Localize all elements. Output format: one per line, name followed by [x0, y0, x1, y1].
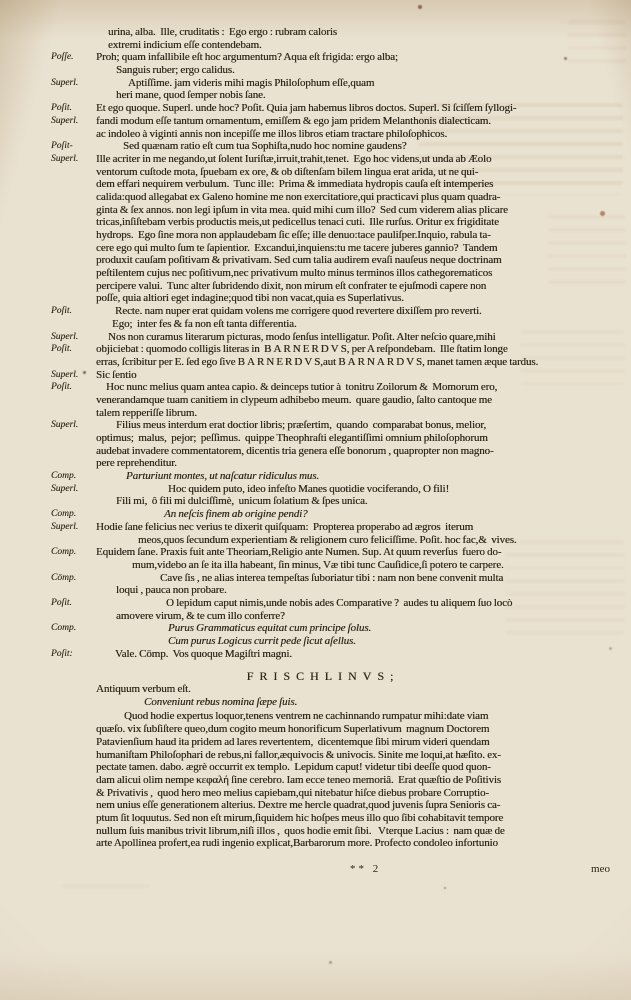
- stain-spot: [329, 961, 332, 964]
- margin-label: Poſit.: [51, 597, 95, 610]
- text-line: Proh; quam infallibile eſt hoc argumentu…: [96, 51, 602, 64]
- text-line: tricas,inſiſtebam verbis productis meis,…: [96, 216, 602, 229]
- paragraph-posit: Poſit.O lepidum caput nimis,unde nobis a…: [96, 597, 602, 622]
- text-line: audebat invadere commentatorem, dicentis…: [96, 445, 602, 458]
- margin-label: Superl.: [51, 521, 95, 534]
- text-line: Parturiunt montes, ut naſcatur ridiculus…: [126, 470, 602, 483]
- text-line: Recte. nam nuper erat quidam volens me c…: [115, 305, 602, 318]
- text-line: quæſo. vix ſubſiſtere queo,dum cogito me…: [96, 723, 602, 736]
- margin-label: Superl.: [51, 77, 95, 90]
- text-line: Cum purus Logicus currit pede ſicut aſel…: [168, 635, 602, 648]
- text-line: dam alicui olim nempe κεφαλή ſine cerebr…: [96, 774, 602, 787]
- margin-label: Superl.: [51, 369, 95, 382]
- paragraph-comp: Comp.Parturiunt montes, ut naſcatur ridi…: [96, 470, 602, 483]
- text-line: Conveniunt rebus nomina ſæpe ſuis.: [144, 696, 602, 709]
- text-line: An neſcis finem ab origine pendi?: [164, 508, 602, 521]
- opening-fragment: urina, alba. Ille, cruditatis : Ego ergo…: [96, 26, 602, 51]
- text-line: meos,quos ſecundum experientiam & religi…: [138, 534, 602, 547]
- paragraph-comp: Comp.Equidem ſane. Praxis fuit ante Theo…: [96, 546, 602, 571]
- margin-label: Poſit.: [51, 102, 95, 115]
- text-line: loqui , pauca non probare.: [116, 584, 602, 597]
- text-line: nullum ſuis manibus trivit librum,niſi i…: [96, 825, 602, 838]
- text-line: venerandamque tuam canitiem in clypeum a…: [96, 394, 602, 407]
- text-line: poſſe, quia altiori eget indagine;quod t…: [96, 292, 602, 305]
- text-line: produxit cauſam poſitivam & privativam. …: [96, 254, 602, 267]
- text-line: Hoc quidem puto, ideo infeſto Manes quot…: [168, 483, 602, 496]
- section-heading: FRISCHLINVS;: [96, 670, 602, 683]
- text-line: arte Apollinea profert,ea rudi ingenio e…: [96, 837, 602, 850]
- text-line: Equidem ſane. Praxis fuit ante Theoriam,…: [96, 546, 602, 559]
- text-line: dem effari nequirem verbulum. Tunc ille:…: [96, 178, 602, 191]
- stain-spot: [609, 647, 612, 650]
- paragraph-posit: Poſit.Hoc nunc melius quam antea capio. …: [96, 381, 602, 419]
- text-line: Patavienſium haud ita pridem ad lares re…: [96, 736, 602, 749]
- margin-label: Cōmp.: [51, 572, 95, 585]
- text-line: Cave ſis , ne alias interea tempeſtas ſu…: [160, 572, 602, 585]
- margin-label: Superl.: [51, 153, 95, 166]
- heading-line: FRISCHLINVS;: [70, 670, 576, 683]
- text-line: Vale. Cōmp. Vos quoque Magiſtri magni.: [115, 648, 602, 661]
- text-line: humaniſtam Philoſophari de rebus,ni fall…: [96, 749, 602, 762]
- signature-mark: ** 2: [350, 863, 381, 876]
- text-line: Purus Grammaticus equitat cum principe ſ…: [168, 622, 602, 635]
- text-line: Quod hodie expertus loquor,tenens ventre…: [124, 710, 602, 723]
- margin-label: Comp.: [51, 508, 95, 521]
- paragraph-superl-long: Superl.Ille acriter in me negando,ut ſol…: [96, 153, 602, 305]
- text-line: optimus; malus, pejor; peſſimus. quippe …: [96, 432, 602, 445]
- text-line: Hoc nunc melius quam antea capio. & dein…: [106, 381, 602, 394]
- margin-label: Poſit.: [51, 305, 95, 318]
- bleed-through: [60, 884, 150, 896]
- paragraph-comp: Comp.An neſcis finem ab origine pendi?: [96, 508, 602, 521]
- margin-label: Comp.: [51, 622, 95, 635]
- text-line: talem repperiſſe librum.: [96, 407, 602, 420]
- text-line: ac indoleo à viginti annis non incepiſſe…: [96, 128, 602, 141]
- paragraph-posit: Poſit-Sed quænam ratio eſt cum tua Sophi…: [96, 140, 602, 153]
- margin-label: Poſit-: [51, 140, 95, 153]
- text-line: calida:quod allegabat ex Galeno homine m…: [96, 191, 602, 204]
- paragraph-posse: Poſſe.Proh; quam infallibile eſt hoc arg…: [96, 51, 602, 76]
- text-line: Aptiſſime. jam videris mihi magis Philoſ…: [128, 77, 602, 90]
- text-line: fandi modum eſſe tantum ornamentum, emiſ…: [96, 115, 602, 128]
- text-line: urina, alba. Ille, cruditatis : Ego ergo…: [108, 26, 602, 39]
- margin-label: Poſſe.: [51, 51, 95, 64]
- paragraph-comp: Cōmp.Cave ſis , ne alias interea tempeſt…: [96, 572, 602, 597]
- stain-spot: [418, 5, 422, 9]
- closing-paragraph: Quod hodie expertus loquor,tenens ventre…: [96, 710, 602, 850]
- text-line: Antiquum verbum eſt.: [96, 683, 602, 696]
- paragraph-comp: Comp.Purus Grammaticus equitat cum princ…: [96, 622, 602, 647]
- text-line: ptum ſit loquutus. Sed non eſt mirum,ſiq…: [96, 812, 602, 825]
- text-line: Hodie ſane felicius nec verius te dixeri…: [96, 521, 602, 534]
- margin-label: Comp.: [51, 470, 95, 483]
- paragraph-superl: Superl.Aptiſſime. jam videris mihi magis…: [96, 77, 602, 102]
- margin-label: Superl.: [51, 419, 95, 432]
- text-line: extremi indicium eſſe contendebam.: [108, 39, 602, 52]
- paragraph-superl: Superl.Filius meus interdum erat doctior…: [96, 419, 602, 470]
- text-line: percipere valui. Tunc alter ſubridendo d…: [96, 280, 602, 293]
- text-line: pectate tamen. dabo. ægrè occurrit ex te…: [96, 761, 602, 774]
- text-line: Fili mi, ô fili mi dulciſſimè, unicum ſo…: [116, 495, 602, 508]
- paragraph-superl: Superl.Hoc quidem puto, ideo infeſto Man…: [96, 483, 602, 508]
- text-line: ginta & ſex annos. non legi ipſum in vit…: [96, 204, 602, 217]
- text-line: cere ego qui multo ſum te ſapientior. Ex…: [96, 242, 602, 255]
- text-line: amovere virum, & te cum illo conferre?: [116, 610, 602, 623]
- paragraph-posit-superl: Poſit.Superl.Et ego quoque. Superl. unde…: [96, 102, 602, 140]
- stain-spot: [444, 887, 446, 889]
- text-block: urina, alba. Ille, cruditatis : Ego ergo…: [96, 26, 602, 850]
- text-line: O lepidum caput nimis,unde nobis ades Co…: [166, 597, 602, 610]
- text-line: hydrops. Ego ſine mora non applaudebam ſ…: [96, 229, 602, 242]
- page-footer: ** 2 meo: [96, 863, 602, 877]
- text-line: Filius meus interdum erat doctior libris…: [116, 419, 602, 432]
- book-page-scan: urina, alba. Ille, cruditatis : Ego ergo…: [0, 0, 631, 1000]
- text-line: & Privativis , quod hero meo melius capi…: [96, 787, 602, 800]
- margin-label: Comp.: [51, 546, 95, 559]
- text-line: Sed quænam ratio eſt cum tua Sophiſta,nu…: [123, 140, 602, 153]
- text-line: Sanguis ruber; ergo calidus.: [116, 64, 602, 77]
- margin-label: Poſit.: [51, 343, 95, 356]
- margin-label: Poſit.: [51, 381, 95, 394]
- text-line: Sic ſentio: [96, 369, 602, 382]
- margin-label: Poſit:: [51, 648, 95, 661]
- text-line: mum,videbo an ſe ita illa habeant, ſin m…: [132, 559, 602, 572]
- paragraph-superl: Superl.Sic ſentio: [96, 369, 602, 382]
- paragraph-posit: Poſit.Recte. nam nuper erat quidam volen…: [96, 305, 602, 330]
- margin-label: Superl.: [51, 483, 95, 496]
- text-line: Et ego quoque. Superl. unde hoc? Poſit. …: [96, 102, 602, 115]
- paragraph-posit: Poſit:Vale. Cōmp. Vos quoque Magiſtri ma…: [96, 648, 602, 661]
- proverb: Antiquum verbum eſt.Conveniunt rebus nom…: [96, 683, 602, 708]
- paragraph-superl: Superl.Hodie ſane felicius nec verius te…: [96, 521, 602, 546]
- text-line: peſtilentem cujus nec poſitivum,nec priv…: [96, 267, 602, 280]
- text-line: heri mane, quod ſemper nobis ſane.: [116, 89, 602, 102]
- paragraph-superl-posit: Superl.Poſit.Nos non curamus literarum p…: [96, 331, 602, 369]
- text-line: objiciebat : quomodo colligis literas in…: [96, 343, 602, 356]
- margin-label: Superl.: [51, 331, 95, 344]
- catchword: meo: [591, 863, 610, 876]
- text-line: erras, ſcribitur per E. ſed ego ſive B A…: [96, 356, 602, 369]
- text-line: Ego; inter fes & fa non eſt tanta differ…: [112, 318, 602, 331]
- text-line: nem unius eſſe generationem alterius. De…: [96, 799, 602, 812]
- text-line: ventorum cuſtode mota, ſpuebam ex ore, &…: [96, 166, 602, 179]
- text-line: Ille acriter in me negando,ut ſolent Iur…: [96, 153, 602, 166]
- text-line: pere reprehenditur.: [96, 457, 602, 470]
- text-line: Nos non curamus literarum picturas, modo…: [108, 331, 602, 344]
- margin-label: Superl.: [51, 115, 95, 128]
